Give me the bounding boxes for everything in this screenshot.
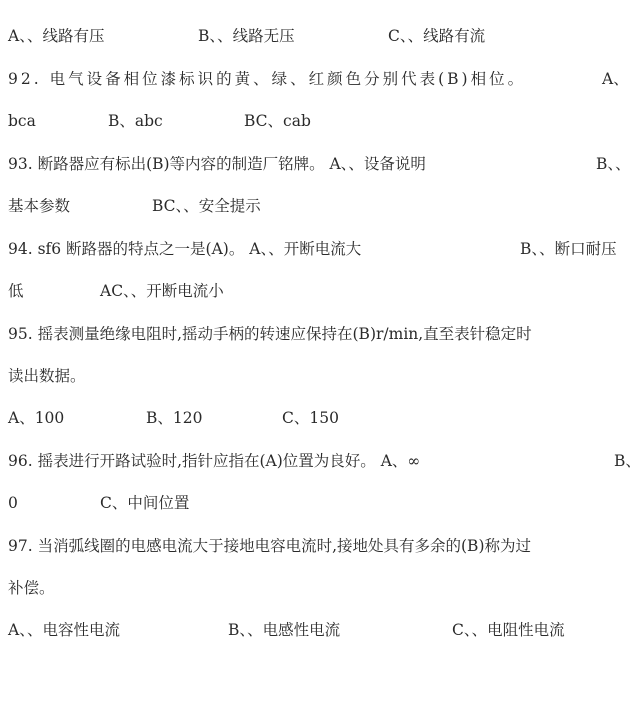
question-text: 92. 电气设备相位漆标识的黄、绿、红颜色分别代表(B)相位。 [8, 67, 526, 91]
question-text: 96. 摇表进行开路试验时,指针应指在(A)位置为良好。 A、∞ [8, 449, 420, 473]
option-a: A、100 [8, 406, 64, 430]
q94-options-line: 低 AC、、开断电流小 [8, 279, 632, 303]
option-ac: AC、、开断电流小 [100, 279, 224, 303]
q97-stem-line: 97. 当消弧线圈的电感电流大于接地电容电流时,接地处具有多余的(B)称为过 [8, 534, 632, 558]
q96-stem-line: 96. 摇表进行开路试验时,指针应指在(A)位置为良好。 A、∞ B、 [8, 449, 632, 473]
question-text-cont: 读出数据。 [8, 364, 86, 388]
question-text: 97. 当消弧线圈的电感电流大于接地电容电流时,接地处具有多余的(B)称为过 [8, 534, 531, 558]
option-c: C、、线路有流 [388, 24, 485, 48]
q95-stem-cont-line: 读出数据。 [8, 364, 632, 388]
q95-options-line: A、100 B、120 C、150 [8, 406, 632, 430]
q93-stem-line: 93. 断路器应有标出(B)等内容的制造厂铭牌。 A、、设备说明 B、、 [8, 152, 632, 176]
q91-options-line: A、、线路有压 B、、线路无压 C、、线路有流 [8, 24, 632, 48]
option-b-cont: 0 [8, 491, 18, 515]
option-b: B、 [614, 449, 640, 473]
question-text: 93. 断路器应有标出(B)等内容的制造厂铭牌。 A、、设备说明 [8, 152, 426, 176]
option-a: A、、电容性电流 [8, 618, 120, 642]
option-b: B、、 [596, 152, 631, 176]
q93-options-line: 基本参数 BC、、安全提示 [8, 194, 632, 218]
option-b: B、、电感性电流 [228, 618, 340, 642]
option-c: C、150 [282, 406, 339, 430]
q96-options-line: 0 C、中间位置 [8, 491, 632, 515]
option-a-cont: bca [8, 109, 36, 133]
option-bc: BC、cab [244, 109, 311, 133]
option-b-cont: 低 [8, 279, 24, 303]
option-b: B、、线路无压 [198, 24, 295, 48]
option-a: A、、线路有压 [8, 24, 104, 48]
document-page: A、、线路有压 B、、线路无压 C、、线路有流 92. 电气设备相位漆标识的黄、… [0, 0, 640, 720]
option-c: C、、电阻性电流 [452, 618, 565, 642]
q97-options-line: A、、电容性电流 B、、电感性电流 C、、电阻性电流 [8, 618, 632, 642]
q94-stem-line: 94. sf6 断路器的特点之一是(A)。 A、、开断电流大 B、、断口耐压 [8, 237, 632, 261]
q92-stem-line: 92. 电气设备相位漆标识的黄、绿、红颜色分别代表(B)相位。 A、 [8, 67, 632, 91]
q95-stem-line: 95. 摇表测量绝缘电阻时,摇动手柄的转速应保持在(B)r/min,直至表针稳定… [8, 322, 632, 346]
option-b-cont: 基本参数 [8, 194, 70, 218]
option-a: A、 [602, 67, 629, 91]
q92-options-line: bca B、abc BC、cab [8, 109, 632, 133]
question-text: 95. 摇表测量绝缘电阻时,摇动手柄的转速应保持在(B)r/min,直至表针稳定… [8, 322, 532, 346]
option-c: C、中间位置 [100, 491, 189, 515]
option-bc: BC、、安全提示 [152, 194, 261, 218]
question-text-cont: 补偿。 [8, 576, 55, 600]
q97-stem-cont-line: 补偿。 [8, 576, 632, 600]
option-b: B、、断口耐压 [520, 237, 617, 261]
option-b: B、120 [146, 406, 202, 430]
question-text: 94. sf6 断路器的特点之一是(A)。 A、、开断电流大 [8, 237, 361, 261]
option-b: B、abc [108, 109, 163, 133]
